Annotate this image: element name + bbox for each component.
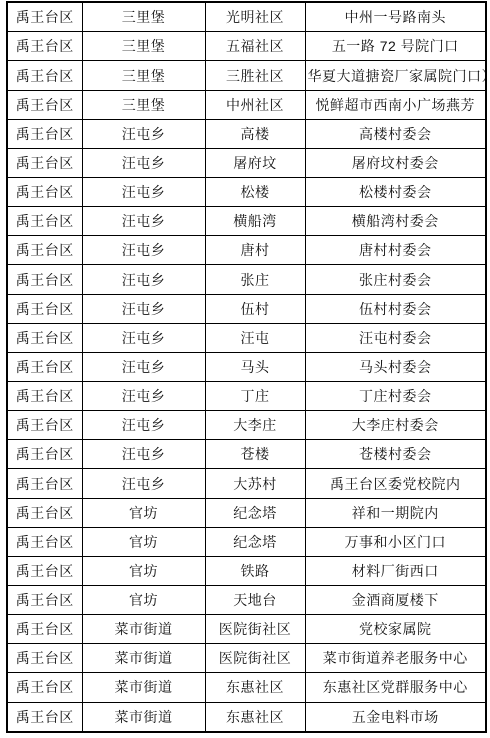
page: 禹王台区 三里堡 光明社区 中州一号路南头 禹王台区 三里堡 五福社区 五一路 …	[0, 0, 490, 738]
table-row: 禹王台区 汪屯乡 马头 马头村委会	[7, 352, 486, 381]
cell-location: 华夏大道搪瓷厂家属院门口）	[305, 61, 486, 90]
cell-district: 禹王台区	[7, 382, 82, 411]
cell-location: 金酒商厦楼下	[305, 586, 486, 615]
cell-community: 伍村	[205, 294, 305, 323]
cell-district: 禹王台区	[7, 323, 82, 352]
cell-location: 悦鲜超市西南小广场燕芳	[305, 90, 486, 119]
polling-location-table: 禹王台区 三里堡 光明社区 中州一号路南头 禹王台区 三里堡 五福社区 五一路 …	[6, 1, 487, 733]
cell-district: 禹王台区	[7, 411, 82, 440]
table-row: 禹王台区 汪屯乡 丁庄 丁庄村委会	[7, 382, 486, 411]
cell-district: 禹王台区	[7, 644, 82, 673]
cell-community: 马头	[205, 352, 305, 381]
cell-community: 大苏村	[205, 469, 305, 498]
cell-location: 松楼村委会	[305, 178, 486, 207]
cell-location: 党校家属院	[305, 615, 486, 644]
cell-community: 纪念塔	[205, 527, 305, 556]
cell-township: 汪屯乡	[82, 148, 205, 177]
cell-district: 禹王台区	[7, 90, 82, 119]
cell-location: 五金电料市场	[305, 702, 486, 732]
cell-township: 菜市街道	[82, 673, 205, 702]
cell-location: 万事和小区门口	[305, 527, 486, 556]
table-row: 禹王台区 汪屯乡 伍村 伍村村委会	[7, 294, 486, 323]
cell-township: 汪屯乡	[82, 440, 205, 469]
cell-district: 禹王台区	[7, 265, 82, 294]
cell-township: 汪屯乡	[82, 352, 205, 381]
cell-township: 三里堡	[82, 32, 205, 61]
cell-township: 汪屯乡	[82, 294, 205, 323]
cell-community: 汪屯	[205, 323, 305, 352]
cell-community: 东惠社区	[205, 702, 305, 732]
table-row: 禹王台区 三里堡 五福社区 五一路 72 号院门口	[7, 32, 486, 61]
cell-district: 禹王台区	[7, 440, 82, 469]
cell-township: 官坊	[82, 586, 205, 615]
cell-location: 丁庄村委会	[305, 382, 486, 411]
table-row: 禹王台区 汪屯乡 屠府坟 屠府坟村委会	[7, 148, 486, 177]
cell-location: 大李庄村委会	[305, 411, 486, 440]
cell-township: 汪屯乡	[82, 323, 205, 352]
cell-location: 禹王台区委党校院内	[305, 469, 486, 498]
cell-location: 东惠社区党群服务中心	[305, 673, 486, 702]
cell-district: 禹王台区	[7, 586, 82, 615]
table-row: 禹王台区 汪屯乡 松楼 松楼村委会	[7, 178, 486, 207]
cell-location: 材料厂街西口	[305, 556, 486, 585]
cell-township: 汪屯乡	[82, 411, 205, 440]
cell-location: 汪屯村委会	[305, 323, 486, 352]
table-row: 禹王台区 汪屯乡 横船湾 横船湾村委会	[7, 207, 486, 236]
cell-district: 禹王台区	[7, 498, 82, 527]
cell-township: 汪屯乡	[82, 265, 205, 294]
cell-location: 中州一号路南头	[305, 2, 486, 32]
cell-location: 屠府坟村委会	[305, 148, 486, 177]
cell-location: 伍村村委会	[305, 294, 486, 323]
cell-township: 菜市街道	[82, 702, 205, 732]
cell-district: 禹王台区	[7, 2, 82, 32]
cell-township: 汪屯乡	[82, 469, 205, 498]
cell-location: 菜市街道养老服务中心	[305, 644, 486, 673]
cell-community: 天地台	[205, 586, 305, 615]
table-row: 禹王台区 三里堡 三胜社区 华夏大道搪瓷厂家属院门口）	[7, 61, 486, 90]
cell-community: 铁路	[205, 556, 305, 585]
cell-community: 东惠社区	[205, 673, 305, 702]
cell-township: 官坊	[82, 527, 205, 556]
cell-community: 五福社区	[205, 32, 305, 61]
table-body: 禹王台区 三里堡 光明社区 中州一号路南头 禹王台区 三里堡 五福社区 五一路 …	[7, 2, 486, 732]
cell-district: 禹王台区	[7, 119, 82, 148]
table-row: 禹王台区 汪屯乡 高楼 高楼村委会	[7, 119, 486, 148]
cell-community: 苍楼	[205, 440, 305, 469]
cell-location: 马头村委会	[305, 352, 486, 381]
cell-township: 三里堡	[82, 2, 205, 32]
table-row: 禹王台区 汪屯乡 大李庄 大李庄村委会	[7, 411, 486, 440]
table-row: 禹王台区 汪屯乡 汪屯 汪屯村委会	[7, 323, 486, 352]
cell-community: 三胜社区	[205, 61, 305, 90]
cell-community: 张庄	[205, 265, 305, 294]
cell-location: 张庄村委会	[305, 265, 486, 294]
cell-district: 禹王台区	[7, 702, 82, 732]
cell-location: 横船湾村委会	[305, 207, 486, 236]
cell-community: 松楼	[205, 178, 305, 207]
cell-community: 光明社区	[205, 2, 305, 32]
table-row: 禹王台区 汪屯乡 唐村 唐村村委会	[7, 236, 486, 265]
cell-community: 大李庄	[205, 411, 305, 440]
cell-township: 官坊	[82, 556, 205, 585]
cell-community: 中州社区	[205, 90, 305, 119]
table-row: 禹王台区 菜市街道 东惠社区 五金电料市场	[7, 702, 486, 732]
cell-community: 医院街社区	[205, 644, 305, 673]
cell-district: 禹王台区	[7, 178, 82, 207]
cell-township: 菜市街道	[82, 615, 205, 644]
cell-district: 禹王台区	[7, 61, 82, 90]
cell-location: 苍楼村委会	[305, 440, 486, 469]
cell-township: 汪屯乡	[82, 382, 205, 411]
cell-township: 菜市街道	[82, 644, 205, 673]
cell-township: 汪屯乡	[82, 236, 205, 265]
cell-location: 五一路 72 号院门口	[305, 32, 486, 61]
cell-district: 禹王台区	[7, 32, 82, 61]
table-row: 禹王台区 汪屯乡 张庄 张庄村委会	[7, 265, 486, 294]
table-row: 禹王台区 菜市街道 东惠社区 东惠社区党群服务中心	[7, 673, 486, 702]
cell-community: 丁庄	[205, 382, 305, 411]
table-row: 禹王台区 菜市街道 医院街社区 党校家属院	[7, 615, 486, 644]
cell-community: 高楼	[205, 119, 305, 148]
table-row: 禹王台区 官坊 纪念塔 祥和一期院内	[7, 498, 486, 527]
table-row: 禹王台区 汪屯乡 大苏村 禹王台区委党校院内	[7, 469, 486, 498]
cell-district: 禹王台区	[7, 236, 82, 265]
cell-district: 禹王台区	[7, 673, 82, 702]
cell-community: 纪念塔	[205, 498, 305, 527]
cell-location: 唐村村委会	[305, 236, 486, 265]
cell-township: 汪屯乡	[82, 207, 205, 236]
cell-community: 唐村	[205, 236, 305, 265]
table-row: 禹王台区 官坊 天地台 金酒商厦楼下	[7, 586, 486, 615]
cell-district: 禹王台区	[7, 527, 82, 556]
table-row: 禹王台区 官坊 纪念塔 万事和小区门口	[7, 527, 486, 556]
table-row: 禹王台区 汪屯乡 苍楼 苍楼村委会	[7, 440, 486, 469]
cell-district: 禹王台区	[7, 556, 82, 585]
cell-township: 汪屯乡	[82, 119, 205, 148]
table-row: 禹王台区 三里堡 中州社区 悦鲜超市西南小广场燕芳	[7, 90, 486, 119]
cell-community: 屠府坟	[205, 148, 305, 177]
table-row: 禹王台区 菜市街道 医院街社区 菜市街道养老服务中心	[7, 644, 486, 673]
cell-community: 横船湾	[205, 207, 305, 236]
cell-location: 高楼村委会	[305, 119, 486, 148]
cell-township: 官坊	[82, 498, 205, 527]
cell-community: 医院街社区	[205, 615, 305, 644]
cell-district: 禹王台区	[7, 352, 82, 381]
cell-township: 汪屯乡	[82, 178, 205, 207]
cell-district: 禹王台区	[7, 148, 82, 177]
cell-township: 三里堡	[82, 90, 205, 119]
table-row: 禹王台区 官坊 铁路 材料厂街西口	[7, 556, 486, 585]
cell-district: 禹王台区	[7, 469, 82, 498]
cell-township: 三里堡	[82, 61, 205, 90]
cell-district: 禹王台区	[7, 207, 82, 236]
table-row: 禹王台区 三里堡 光明社区 中州一号路南头	[7, 2, 486, 32]
cell-location: 祥和一期院内	[305, 498, 486, 527]
cell-district: 禹王台区	[7, 615, 82, 644]
cell-district: 禹王台区	[7, 294, 82, 323]
